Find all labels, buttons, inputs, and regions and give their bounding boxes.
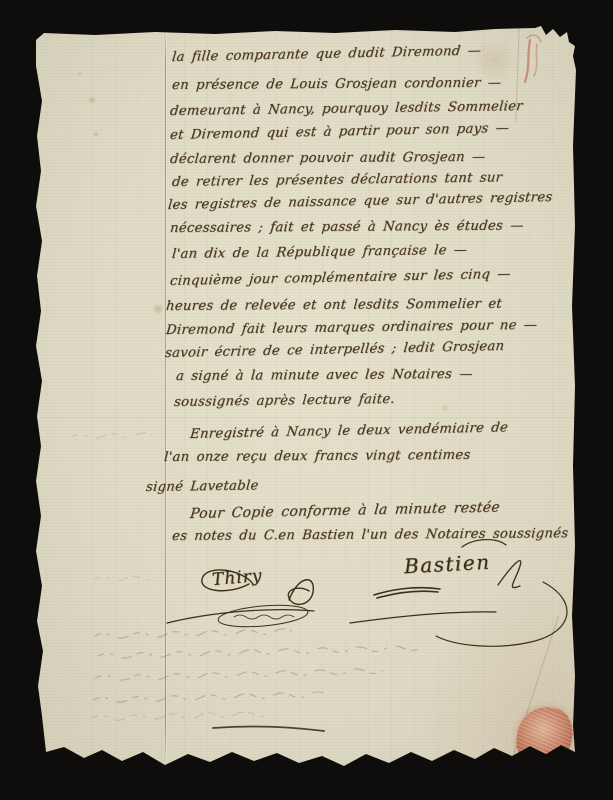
foxing-stain xyxy=(88,96,96,104)
registration-line: signé Lavetable xyxy=(145,478,259,495)
red-wax-seal-remnant xyxy=(513,703,576,770)
registration-line: Enregistré à Nancy le deux vendémiaire d… xyxy=(189,420,509,442)
registration-line: l'an onze reçu deux francs vingt centime… xyxy=(163,448,471,465)
handwritten-line: et Diremond qui est à partir pour son pa… xyxy=(169,121,510,143)
certification-line: Pour Copie conforme à la minute restée xyxy=(189,499,500,522)
handwritten-line: la fille comparante que dudit Diremond — xyxy=(171,44,482,66)
certification-line: es notes du C.en Bastien l'un des Notair… xyxy=(171,526,569,544)
handwritten-line: demeurant à Nancy, pourquoy lesdits Somm… xyxy=(169,99,523,119)
handwritten-line: heures de relevée et ont lesdits Sommeli… xyxy=(165,297,502,314)
handwritten-line: l'an dix de la République française le — xyxy=(171,243,468,262)
signature-thiry: Thiry xyxy=(211,566,263,590)
foxing-stain xyxy=(93,131,99,137)
fold-crease-vertical xyxy=(165,31,166,763)
handwritten-line: déclarent donner pouvoir audit Grosjean … xyxy=(169,150,486,167)
handwritten-line: Diremond fait leurs marques ordinaires p… xyxy=(165,318,538,338)
fold-crease-top-right xyxy=(515,28,519,123)
handwritten-line: cinquième jour complémentaire sur les ci… xyxy=(169,267,511,289)
foxing-stain xyxy=(152,303,164,315)
foxing-stain xyxy=(440,404,450,413)
handwritten-line: les registres de naissance que sur d'aut… xyxy=(167,190,553,213)
foxing-stain xyxy=(78,72,82,76)
signature-bastien: Bastien xyxy=(403,550,491,578)
document-paper: la fille comparante que dudit Diremond —… xyxy=(0,0,613,800)
handwritten-line: soussignés après lecture faite. xyxy=(173,392,395,410)
handwritten-line: savoir écrire de ce interpellés ; ledit … xyxy=(164,339,505,361)
fold-crease-horizontal xyxy=(40,417,575,418)
handwritten-line: nécessaires ; fait et passé à Nancy ès é… xyxy=(169,219,524,236)
foxing-stain xyxy=(470,40,518,80)
scan-backdrop: la fille comparante que dudit Diremond —… xyxy=(0,0,613,800)
fold-crease-bottom-right xyxy=(509,616,559,767)
handwritten-line: en présence de Louis Grosjean cordonnier… xyxy=(171,76,501,93)
handwritten-line: a signé à la minute avec les Notaires — xyxy=(175,367,473,384)
handwritten-line: de retirer les présentes déclarations ta… xyxy=(171,170,503,190)
